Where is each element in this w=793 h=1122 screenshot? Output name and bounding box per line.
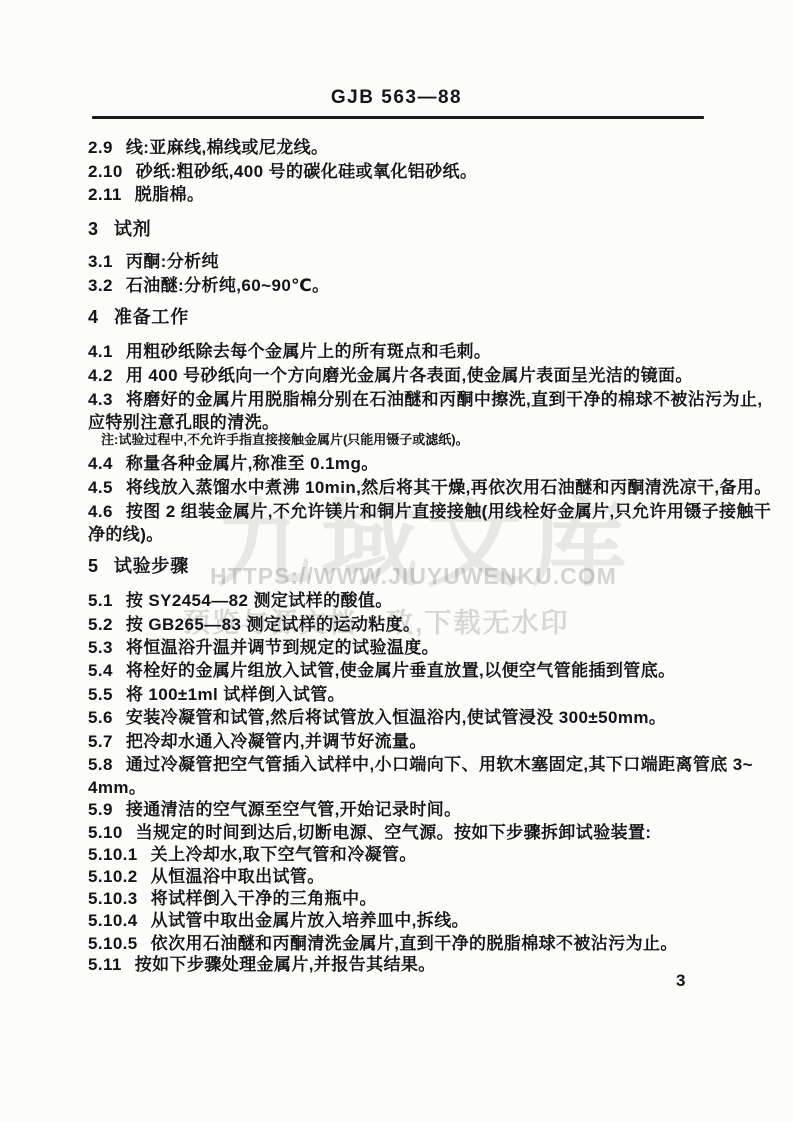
clause-3-1: 3.1丙酮:分析纯 xyxy=(88,247,728,272)
clause-5-2: 5.2按 GB265—83 测定试样的运动粘度。 xyxy=(88,610,728,635)
clause-text: 接通清洁的空气源至空气管,开始记录时间。 xyxy=(126,800,462,819)
clause-2-10: 2.10砂纸:粗砂纸,400 号的碳化硅或氧化铝砂纸。 xyxy=(88,157,728,182)
section-heading-4: 4准备工作 xyxy=(88,303,728,329)
clause-number: 5.9 xyxy=(88,800,113,820)
clause-5-10-4: 5.10.4从试管中取出金属片放入培养皿中,拆线。 xyxy=(88,906,728,931)
clause-text: 安装冷凝管和试管,然后将试管放入恒温浴内,使试管浸没 300±50mm。 xyxy=(126,708,666,727)
clause-5-4: 5.4将栓好的金属片组放入试管,使金属片垂直放置,以便空气管能插到管底。 xyxy=(88,656,728,681)
clause-text: 将 100±1ml 试样倒入试管。 xyxy=(126,685,345,704)
clause-number: 5.8 xyxy=(88,755,113,775)
clause-number: 2.11 xyxy=(88,185,122,205)
note-line: 注:试验过程中,不允许手指直接接触金属片(只能用镊子或滤纸)。 xyxy=(101,429,741,448)
clause-number: 5.1 xyxy=(88,591,113,611)
clause-text: 脱脂棉。 xyxy=(135,185,205,204)
clause-4-5: 4.5将线放入蒸馏水中煮沸 10min,然后将其干燥,再依次用石油醚和丙酮清洗凉… xyxy=(88,473,728,498)
clause-5-5: 5.5将 100±1ml 试样倒入试管。 xyxy=(88,680,728,705)
clause-5-6: 5.6安装冷凝管和试管,然后将试管放入恒温浴内,使试管浸没 300±50mm。 xyxy=(88,703,728,728)
clause-number: 5.6 xyxy=(88,708,113,728)
clause-number: 2.10 xyxy=(88,162,123,182)
clause-number: 5.11 xyxy=(88,955,122,975)
clause-text: 从试管中取出金属片放入培养皿中,拆线。 xyxy=(151,911,469,930)
clause-5-9: 5.9接通清洁的空气源至空气管,开始记录时间。 xyxy=(88,795,728,820)
clause-text: 用粗砂纸除去每个金属片上的所有斑点和毛刺。 xyxy=(126,342,491,361)
clause-text: 把冷却水通入冷凝管内,并调节好流量。 xyxy=(126,732,427,751)
clause-text: 石油醚:分析纯,60~90℃。 xyxy=(126,276,330,295)
clause-text: 将磨好的金属片用脱脂棉分别在石油醚和丙酮中擦洗,直到干净的棉球不被沾污为止, xyxy=(126,390,763,409)
clause-number: 4 xyxy=(88,307,99,328)
clause-4-6: 4.6按图 2 组装金属片,不允许镁片和铜片直接接触(用线栓好金属片,只允许用镊… xyxy=(88,497,728,522)
clause-number: 5.3 xyxy=(88,638,113,658)
clause-text: 净的线)。 xyxy=(88,525,164,544)
clause-text: 注:试验过程中,不允许手指直接接触金属片(只能用镊子或滤纸)。 xyxy=(101,432,469,447)
page-number: 3 xyxy=(676,971,685,991)
clause-number: 4.5 xyxy=(88,478,113,498)
clause-text: 用 400 号砂纸向一个方向磨光金属片各表面,使金属片表面呈光洁的镜面。 xyxy=(126,366,693,385)
clause-3-2: 3.2石油醚:分析纯,60~90℃。 xyxy=(88,271,728,296)
document-page: GJB 563—88 九域文库 HTTPS://WWW.JIUYUWENKU.C… xyxy=(0,0,793,1122)
section-title: 准备工作 xyxy=(114,307,189,327)
section-heading-3: 3试剂 xyxy=(88,215,728,241)
clause-text: 将线放入蒸馏水中煮沸 10min,然后将其干燥,再依次用石油醚和丙酮清洗凉干,备… xyxy=(126,478,772,497)
continuation-line: 净的线)。 xyxy=(88,520,728,545)
clause-text: 按如下步骤处理金属片,并报告其结果。 xyxy=(135,955,436,974)
clause-4-2: 4.2用 400 号砂纸向一个方向磨光金属片各表面,使金属片表面呈光洁的镜面。 xyxy=(88,361,728,386)
clause-2-9: 2.9线:亚麻线,棉线或尼龙线。 xyxy=(88,133,728,158)
clause-text: 称量各种金属片,称准至 0.1mg。 xyxy=(126,454,379,473)
clause-number: 2.9 xyxy=(88,138,113,158)
clause-number: 4.4 xyxy=(88,454,113,474)
clause-number: 3 xyxy=(88,219,99,240)
clause-number: 3.1 xyxy=(88,252,113,272)
clause-number: 4.3 xyxy=(88,390,113,410)
clause-text: 通过冷凝管把空气管插入试样中,小口端向下、用软木塞固定,其下口端距离管底 3~ xyxy=(126,755,753,774)
clause-number: 5.4 xyxy=(88,661,113,681)
clause-2-11: 2.11脱脂棉。 xyxy=(88,180,728,205)
clause-text: 砂纸:粗砂纸,400 号的碳化硅或氧化铝砂纸。 xyxy=(136,162,478,181)
clause-text: 将恒温浴升温并调节到规定的试验温度。 xyxy=(126,638,439,657)
clause-5-7: 5.7把冷却水通入冷凝管内,并调节好流量。 xyxy=(88,727,728,752)
clause-text: 丙酮:分析纯 xyxy=(126,252,219,271)
clause-text: 按图 2 组装金属片,不允许镁片和铜片直接接触(用线栓好金属片,只允许用镊子接触… xyxy=(126,502,771,521)
clause-number: 4.6 xyxy=(88,502,113,522)
clause-4-4: 4.4称量各种金属片,称准至 0.1mg。 xyxy=(88,449,728,474)
clause-text: 按 SY2454—82 测定试样的酸值。 xyxy=(126,591,393,610)
clause-4-1: 4.1用粗砂纸除去每个金属片上的所有斑点和毛刺。 xyxy=(88,337,728,362)
clause-5-1: 5.1按 SY2454—82 测定试样的酸值。 xyxy=(88,586,728,611)
clause-number: 5.7 xyxy=(88,732,113,752)
clause-4-3: 4.3将磨好的金属片用脱脂棉分别在石油醚和丙酮中擦洗,直到干净的棉球不被沾污为止… xyxy=(88,385,728,410)
section-heading-5: 5试验步骤 xyxy=(88,552,728,578)
clause-number: 3.2 xyxy=(88,276,113,296)
clause-number: 5.2 xyxy=(88,615,113,635)
section-title: 试验步骤 xyxy=(114,556,189,576)
clause-number: 4.1 xyxy=(88,342,113,362)
clause-number: 5.5 xyxy=(88,685,113,705)
clause-5-8: 5.8通过冷凝管把空气管插入试样中,小口端向下、用软木塞固定,其下口端距离管底 … xyxy=(88,750,728,775)
clause-5-3: 5.3将恒温浴升温并调节到规定的试验温度。 xyxy=(88,633,728,658)
clause-number: 5 xyxy=(88,556,99,577)
document-body: 2.9线:亚麻线,棉线或尼龙线。2.10砂纸:粗砂纸,400 号的碳化硅或氧化铝… xyxy=(0,0,793,1122)
clause-number: 5.10.4 xyxy=(88,911,138,931)
clause-text: 按 GB265—83 测定试样的运动粘度。 xyxy=(126,615,421,634)
clause-text: 将栓好的金属片组放入试管,使金属片垂直放置,以便空气管能插到管底。 xyxy=(126,661,676,680)
clause-5-11: 5.11按如下步骤处理金属片,并报告其结果。 xyxy=(88,950,728,975)
clause-number: 4.2 xyxy=(88,366,113,386)
section-title: 试剂 xyxy=(114,219,152,239)
clause-text: 线:亚麻线,棉线或尼龙线。 xyxy=(126,138,329,157)
